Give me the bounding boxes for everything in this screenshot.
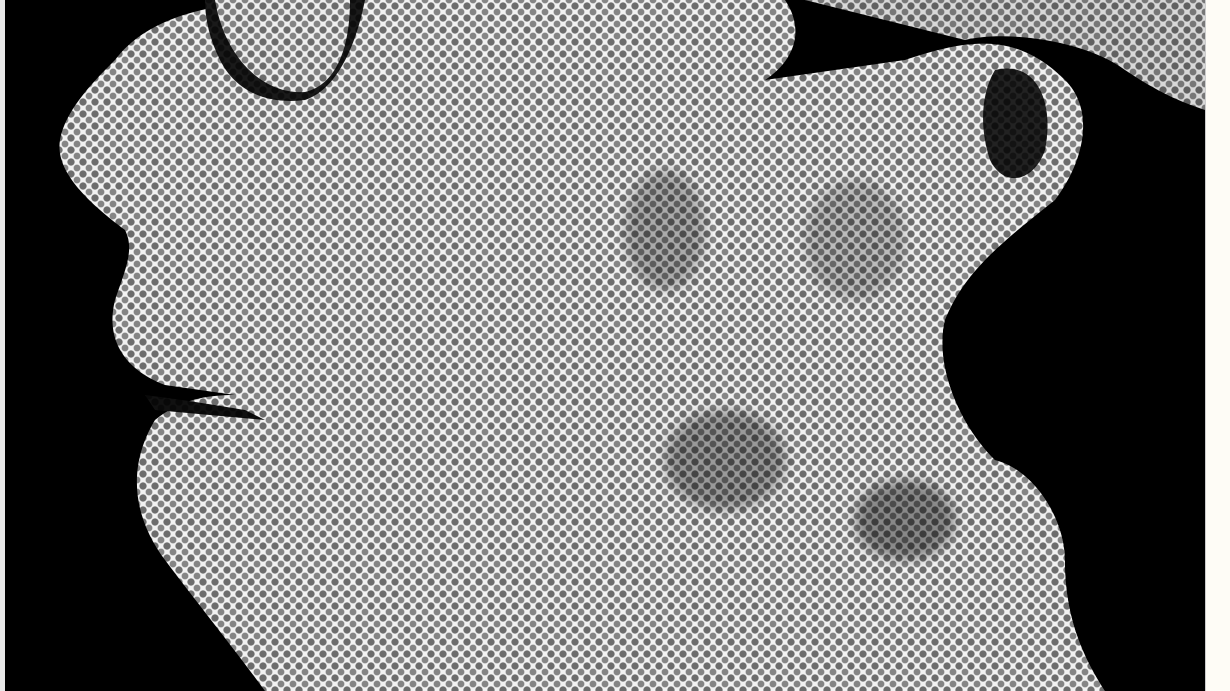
image-frame (0, 0, 1230, 691)
halftone-photo (5, 0, 1205, 691)
right-margin (1205, 0, 1230, 691)
face-profile-silhouette (5, 0, 1205, 691)
